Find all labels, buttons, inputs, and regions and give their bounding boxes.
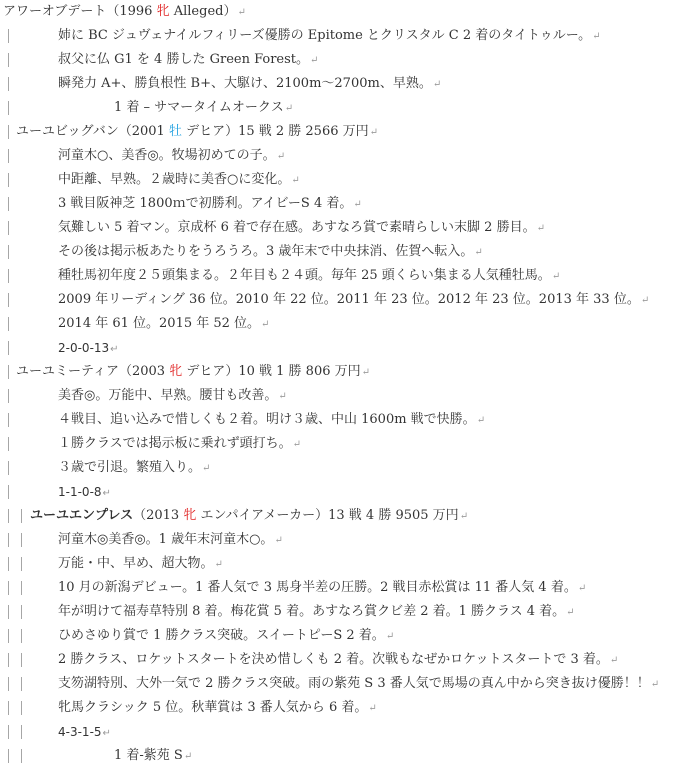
change-bar xyxy=(8,341,9,355)
horse-heading: ユーユミーティア（2003 牝 デヒア）10 戦 1 勝 806 万円↵ xyxy=(0,360,700,384)
paragraph-mark-icon: ↵ xyxy=(293,439,301,450)
win-line: 1 着-紫苑 S↵ xyxy=(0,744,700,764)
paragraph-mark-icon: ↵ xyxy=(103,728,111,739)
change-bar xyxy=(8,101,9,115)
change-bar xyxy=(8,269,9,283)
change-bar xyxy=(21,677,22,691)
change-bar xyxy=(21,533,22,547)
change-bar xyxy=(8,461,9,475)
change-bar xyxy=(8,533,9,547)
change-bar xyxy=(21,653,22,667)
paragraph-mark-icon: ↵ xyxy=(110,344,118,355)
note-line: ４戦目、追い込みで惜しくも２着。明け３歳、中山 1600m 戦で快勝。↵ xyxy=(0,408,700,432)
note-line: 叔父に仏 G1 を 4 勝した Green Forest。↵ xyxy=(0,48,700,72)
horse-name: ユーユビッグバン xyxy=(16,124,119,139)
change-bar xyxy=(8,245,9,259)
paragraph-mark-icon: ↵ xyxy=(370,127,378,138)
paragraph-mark-icon: ↵ xyxy=(184,751,192,762)
change-bar xyxy=(21,749,22,763)
change-bar xyxy=(8,293,9,307)
paragraph-mark-icon: ↵ xyxy=(566,607,574,618)
note-line: ３歳で引退。繁殖入り。↵ xyxy=(0,456,700,480)
paragraph-mark-icon: ↵ xyxy=(274,535,282,546)
change-bar xyxy=(8,221,9,235)
change-bar xyxy=(8,581,9,595)
sex-mark-filly: 牝 xyxy=(157,4,170,19)
change-bar xyxy=(8,173,9,187)
sex-mark-colt: 牡 xyxy=(169,124,182,139)
note-line: 万能・中、早め、超大物。↵ xyxy=(0,552,700,576)
change-bar xyxy=(8,677,9,691)
paragraph-mark-icon: ↵ xyxy=(610,655,618,666)
change-bar xyxy=(8,701,9,715)
change-bar xyxy=(8,53,9,67)
change-bar xyxy=(8,725,9,739)
change-bar xyxy=(8,413,9,427)
note-line: 瞬発力 A+、勝負根性 B+、大駆け、2100m～2700m、早熟。↵ xyxy=(0,72,700,96)
change-bar xyxy=(21,605,22,619)
paragraph-mark-icon: ↵ xyxy=(277,151,285,162)
note-line: 年が明けて福寿草特別 8 着。梅花賞 5 着。あすなろ賞クビ差 2 着。1 勝ク… xyxy=(0,600,700,624)
horse-heading: ユーユエンプレス（2013 牝 エンパイアメーカー）13 戦 4 勝 9505 … xyxy=(0,504,700,528)
paragraph-mark-icon: ↵ xyxy=(386,631,394,642)
horse-name: ユーユエンプレス xyxy=(30,508,133,523)
paragraph-mark-icon: ↵ xyxy=(202,463,210,474)
note-line: 2009 年リーディング 36 位。2010 年 22 位。2011 年 23 … xyxy=(0,288,700,312)
horse-heading: ユーユビッグバン（2001 牡 デヒア）15 戦 2 勝 2566 万円↵ xyxy=(0,120,700,144)
horse-heading: アワーオブデート（1996 牝 Alleged）↵ xyxy=(0,0,700,24)
note-line: 支笏湖特別、大外一気で 2 勝クラス突破。雨の紫苑 S 3 番人気で馬場の真ん中… xyxy=(0,672,700,696)
change-bar xyxy=(8,29,9,43)
change-bar xyxy=(8,317,9,331)
paragraph-mark-icon: ↵ xyxy=(237,7,245,18)
horse-name: ユーユミーティア xyxy=(16,364,119,379)
note-line: 10 月の新潟デビュー。1 番人気で 3 馬身半差の圧勝。2 戦目赤松賞は 11… xyxy=(0,576,700,600)
paragraph-mark-icon: ↵ xyxy=(214,559,222,570)
paragraph-mark-icon: ↵ xyxy=(537,223,545,234)
paragraph-mark-icon: ↵ xyxy=(552,271,560,282)
record-line: 2-0-0-13↵ xyxy=(0,336,700,360)
win-line: 1 着 – サマータイムオークス↵ xyxy=(0,96,700,120)
change-bar xyxy=(8,629,9,643)
change-bar xyxy=(21,701,22,715)
note-line: 河童木◎美香◎。1 歳年末河童木○。↵ xyxy=(0,528,700,552)
change-bar xyxy=(21,509,22,523)
change-bar xyxy=(21,581,22,595)
paragraph-mark-icon: ↵ xyxy=(353,199,361,210)
horse-name: アワーオブデート xyxy=(3,4,106,19)
change-bar xyxy=(8,485,9,499)
sex-mark-filly: 牝 xyxy=(183,508,196,523)
paragraph-mark-icon: ↵ xyxy=(474,247,482,258)
change-bar xyxy=(21,557,22,571)
change-bar xyxy=(21,629,22,643)
record-line: 4-3-1-5↵ xyxy=(0,720,700,744)
paragraph-mark-icon: ↵ xyxy=(261,319,269,330)
change-bar xyxy=(8,77,9,91)
paragraph-mark-icon: ↵ xyxy=(578,583,586,594)
note-line: 河童木○、美香◎。牧場初めての子。↵ xyxy=(0,144,700,168)
paragraph-mark-icon: ↵ xyxy=(362,367,370,378)
note-line: 気難しい 5 着マン。京成杯 6 着で存在感。あすなろ賞で素晴らしい末脚 2 勝… xyxy=(0,216,700,240)
note-line: 美香◎。万能中、早熟。腰甘も改善。↵ xyxy=(0,384,700,408)
note-line: 中距離、早熟。２歳時に美香○に変化。↵ xyxy=(0,168,700,192)
change-bar xyxy=(8,125,9,139)
note-line: 2 勝クラス、ロケットスタートを決め惜しくも 2 着。次戦もなぜかロケットスター… xyxy=(0,648,700,672)
note-line: 牝馬クラシック 5 位。秋華賞は 3 番人気から 6 着。↵ xyxy=(0,696,700,720)
paragraph-mark-icon: ↵ xyxy=(368,703,376,714)
note-line: その後は掲示板あたりをうろうろ。3 歳年末で中央抹消、佐賀へ転入。↵ xyxy=(0,240,700,264)
change-bar xyxy=(21,725,22,739)
change-bar xyxy=(8,437,9,451)
paragraph-mark-icon: ↵ xyxy=(433,79,441,90)
paragraph-mark-icon: ↵ xyxy=(477,415,485,426)
note-line: ひめさゆり賞で 1 勝クラス突破。スイートピーS 2 着。↵ xyxy=(0,624,700,648)
paragraph-mark-icon: ↵ xyxy=(641,295,649,306)
note-line: １勝クラスでは掲示板に乗れず頭打ち。↵ xyxy=(0,432,700,456)
paragraph-mark-icon: ↵ xyxy=(285,103,293,114)
change-bar xyxy=(8,605,9,619)
change-bar xyxy=(8,653,9,667)
paragraph-mark-icon: ↵ xyxy=(460,511,468,522)
paragraph-mark-icon: ↵ xyxy=(310,55,318,66)
change-bar xyxy=(8,365,9,379)
change-bar xyxy=(8,197,9,211)
change-bar xyxy=(8,149,9,163)
note-line: 種牡馬初年度２５頭集まる。２年目も２４頭。毎年 25 頭くらい集まる人気種牡馬。… xyxy=(0,264,700,288)
paragraph-mark-icon: ↵ xyxy=(651,679,659,690)
sex-mark-filly: 牝 xyxy=(169,364,182,379)
note-line: 姉に BC ジュヴェナイルフィリーズ優勝の Epitome とクリスタル C 2… xyxy=(0,24,700,48)
note-line: 2014 年 61 位。2015 年 52 位。↵ xyxy=(0,312,700,336)
paragraph-mark-icon: ↵ xyxy=(278,391,286,402)
change-bar xyxy=(8,389,9,403)
paragraph-mark-icon: ↵ xyxy=(291,175,299,186)
change-bar xyxy=(8,557,9,571)
paragraph-mark-icon: ↵ xyxy=(592,31,600,42)
note-line: 3 戦目阪神芝 1800ｍで初勝利。アイビーS 4 着。↵ xyxy=(0,192,700,216)
paragraph-mark-icon: ↵ xyxy=(103,488,111,499)
change-bar xyxy=(8,749,9,763)
change-bar xyxy=(8,509,9,523)
record-line: 1-1-0-8↵ xyxy=(0,480,700,504)
